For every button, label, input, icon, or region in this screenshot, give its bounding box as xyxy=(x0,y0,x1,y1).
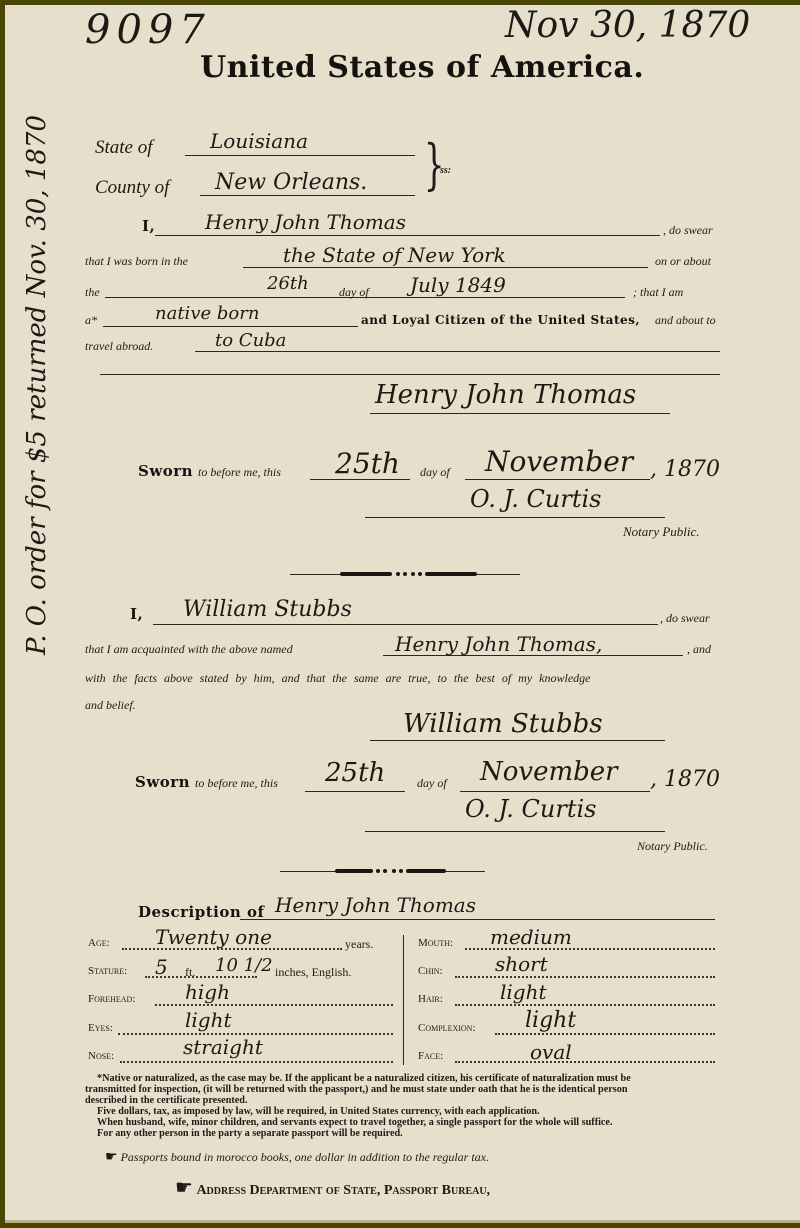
complexion-dots xyxy=(495,1033,715,1035)
belief-label: and belief. xyxy=(85,698,136,713)
state-label: State of xyxy=(95,137,153,159)
birth-month-year: July 1849 xyxy=(410,273,506,297)
mouth-value: medium xyxy=(490,925,572,949)
pointing-hand-icon: ☛ xyxy=(175,1177,193,1199)
ornamental-divider xyxy=(290,570,520,578)
acquainted-applicant-name: Henry John Thomas, xyxy=(395,632,602,656)
witness-notary-signature: O. J. Curtis xyxy=(465,795,596,823)
notary-signature: O. J. Curtis xyxy=(470,485,601,513)
pointing-hand-icon: ☛ xyxy=(105,1150,118,1165)
nose-label: Nose: xyxy=(88,1050,114,1062)
stature-label: Stature: xyxy=(88,965,127,977)
age-value: Twenty one xyxy=(155,925,272,949)
footnote-line-3: described in the certificate presented. xyxy=(85,1095,720,1106)
applicant-name: Henry John Thomas xyxy=(205,210,406,234)
eyes-value: light xyxy=(185,1008,232,1032)
born-line xyxy=(243,267,648,268)
complexion-value: light xyxy=(525,1008,576,1033)
and-label: , and xyxy=(687,642,711,657)
that-i-am: ; that I am xyxy=(633,285,683,300)
jurat-month: November xyxy=(485,445,633,478)
born-label: that I was born in the xyxy=(85,254,188,269)
chin-dots xyxy=(455,976,715,978)
do-swear: , do swear xyxy=(663,223,713,238)
facts-line: with the facts above stated by him, and … xyxy=(85,671,590,686)
age-label: Age: xyxy=(88,937,110,949)
county-label: County of xyxy=(95,177,169,199)
age-suffix: years. xyxy=(345,937,373,952)
a-label: a* xyxy=(85,313,97,328)
i-label: I, xyxy=(142,217,155,235)
witness-sworn-label: Sworn xyxy=(135,773,190,791)
witness-jurat-month: November xyxy=(480,757,618,787)
destination: to Cuba xyxy=(215,330,286,351)
stature-feet: 5 xyxy=(155,955,168,979)
passport-application-page: 9097 Nov 30, 1870 United States of Ameri… xyxy=(5,5,800,1223)
acquainted-label: that I am acquainted with the above name… xyxy=(85,642,293,657)
witness-before-me: to before me, this xyxy=(195,776,278,791)
ornamental-divider-2 xyxy=(280,867,485,875)
forehead-value: high xyxy=(185,980,230,1004)
witness-jurat-month-line xyxy=(460,791,650,792)
witness-notary-label: Notary Public. xyxy=(637,839,708,854)
stature-ft-label: ft. xyxy=(185,965,195,980)
birth-day: 26th xyxy=(267,273,309,294)
file-number: 9097 xyxy=(85,7,211,53)
stature-suffix: inches, English. xyxy=(275,965,351,980)
applicant-signature-line xyxy=(370,413,670,414)
morocco-note: ☛ Passports bound in morocco books, one … xyxy=(105,1149,489,1166)
face-value: oval xyxy=(530,1040,572,1064)
travel-label: travel abroad. xyxy=(85,339,153,354)
birth-place: the State of New York xyxy=(283,243,506,267)
footnotes: *Native or naturalized, as the case may … xyxy=(85,1073,720,1139)
date-annotation: Nov 30, 1870 xyxy=(505,5,750,46)
address-note: ☛ Address Department of State, Passport … xyxy=(175,1175,490,1200)
notary-label: Notary Public. xyxy=(623,524,700,540)
citizenship-type: native born xyxy=(155,303,259,324)
county-line xyxy=(200,195,415,196)
jurat-day-of: day of xyxy=(420,465,450,480)
footnote-line-6: For any other person in the party a sepa… xyxy=(85,1128,720,1139)
hair-dots xyxy=(455,1004,715,1006)
witness-i-label: I, xyxy=(130,605,143,623)
address-text: Address Department of State, Passport Bu… xyxy=(196,1183,490,1198)
face-dots xyxy=(455,1061,715,1063)
and-loyal-label: and Loyal Citizen of the United States, xyxy=(361,313,640,328)
nose-dots xyxy=(120,1061,393,1063)
witness-signature-line xyxy=(370,740,665,741)
day-of-label: day of xyxy=(339,285,369,300)
description-divider xyxy=(403,935,404,1065)
state-value: Louisiana xyxy=(210,129,308,153)
witness-jurat-day-line xyxy=(305,791,405,792)
complexion-label: Complexion: xyxy=(418,1022,476,1034)
margin-note: P. O. order for $5 returned Nov. 30, 187… xyxy=(22,155,52,655)
on-or-about: on or about xyxy=(655,254,711,269)
witness-signature: William Stubbs xyxy=(403,709,603,739)
witness-jurat-day-of: day of xyxy=(417,776,447,791)
witness-jurat-day: 25th xyxy=(325,758,385,788)
footnote-line-2: transmitted for inspection, (it will be … xyxy=(85,1084,720,1095)
morocco-text: Passports bound in morocco books, one do… xyxy=(121,1150,489,1164)
state-line xyxy=(185,155,415,156)
separator-line xyxy=(100,374,720,375)
footnote-line-5: When husband, wife, minor children, and … xyxy=(85,1117,720,1128)
about-to: and about to xyxy=(655,313,716,328)
witness-notary-line xyxy=(365,831,665,832)
hair-value: light xyxy=(500,980,547,1004)
description-name-line xyxy=(240,919,715,920)
witness-jurat-year: , 1870 xyxy=(650,767,720,792)
the-label: the xyxy=(85,285,100,300)
sworn-label: Sworn xyxy=(138,462,193,480)
loyal-citizen-text: and Loyal Citizen of the United States, xyxy=(361,313,640,327)
footnote-line-4: Five dollars, tax, as imposed by law, wi… xyxy=(85,1106,720,1117)
document-title: United States of America. xyxy=(200,50,644,85)
chin-value: short xyxy=(495,952,548,976)
description-name: Henry John Thomas xyxy=(275,893,476,917)
witness-do-swear: , do swear xyxy=(660,611,710,626)
witness-name-line xyxy=(153,624,658,625)
mouth-label: Mouth: xyxy=(418,937,453,949)
applicant-signature: Henry John Thomas xyxy=(375,380,636,410)
eyes-label: Eyes: xyxy=(88,1022,113,1034)
stature-inches: 10 1/2 xyxy=(215,955,273,976)
hair-label: Hair: xyxy=(418,993,443,1005)
jurat-month-line xyxy=(465,479,650,480)
citizenship-line xyxy=(103,326,358,327)
name-line xyxy=(155,235,660,236)
destination-line xyxy=(195,351,720,352)
jurat-day: 25th xyxy=(335,447,400,480)
notary-line xyxy=(365,517,665,518)
before-me: to before me, this xyxy=(198,465,281,480)
witness-name: William Stubbs xyxy=(183,597,352,622)
forehead-label: Forehead: xyxy=(88,993,135,1005)
face-label: Face: xyxy=(418,1050,443,1062)
county-value: New Orleans. xyxy=(215,170,367,195)
footnote-line-1: *Native or naturalized, as the case may … xyxy=(85,1073,720,1084)
chin-label: Chin: xyxy=(418,965,443,977)
forehead-dots xyxy=(155,1004,393,1006)
jurat-year: , 1870 xyxy=(650,457,720,482)
ss-label: ss: xyxy=(440,165,451,176)
nose-value: straight xyxy=(183,1035,263,1059)
